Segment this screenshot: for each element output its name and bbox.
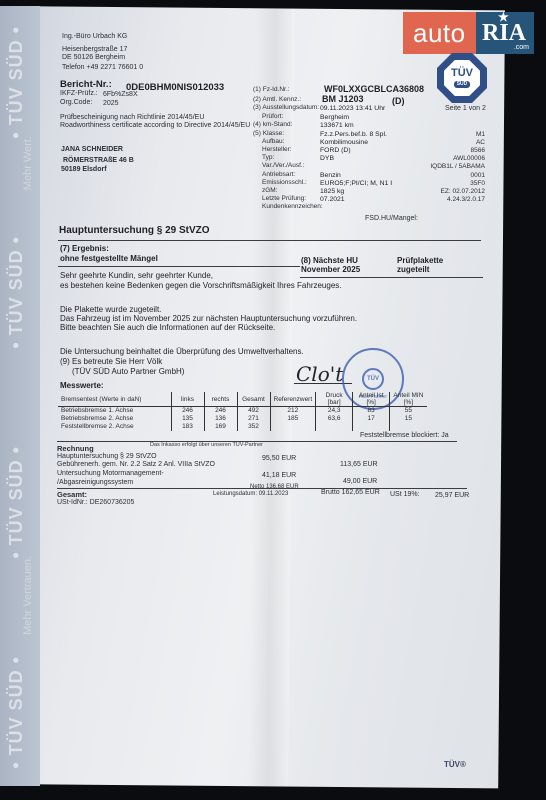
backside-note: Bitte beachten Sie auch die Informatione… [60, 323, 275, 332]
vat-id: USt-IdNr.: DE260736205 [57, 499, 134, 506]
table-cell: 183 [171, 423, 204, 431]
vehicle-field-label: Var./Ver./Ausf.: [262, 162, 305, 169]
vehicle-field-label: Letzte Prüfung: [262, 195, 306, 202]
table-cell: Feststellbremse 2. Achse [58, 423, 171, 431]
vehicle-field-label: zGM: [262, 187, 278, 194]
vehicle-field-value: Kombilimousine [320, 139, 368, 146]
vehicle-field-value: Benzin [320, 172, 341, 179]
sticker-note: Die Plakette wurde zugeteilt. [60, 305, 161, 314]
table-header: Bremsentest (Werte in daN) [58, 392, 171, 407]
vehicle-field-label: Prüfort: [262, 113, 283, 120]
org-code-value: 2025 [103, 100, 119, 107]
vehicle-field-value: 07.2021 [320, 196, 345, 203]
table-cell: Betriebsbremse 2. Achse [58, 415, 171, 423]
vehicle-field-code: M1 [476, 131, 485, 138]
table-row: Feststellbremse 2. Achse183169352 [58, 423, 427, 431]
table-cell: 15 [390, 415, 427, 423]
collection-note: Das Inkasso erfolgt über unseren TÜV-Par… [150, 442, 263, 448]
issuer-phone: Telefon +49 2271 76601 0 [62, 64, 143, 71]
customer-street: RÖMERSTRAßE 46 B [63, 157, 134, 164]
vehicle-field-label: (5) Klasse: [253, 130, 284, 137]
autoria-logo[interactable]: auto ★ RIA .com [403, 12, 534, 54]
vehicle-field-value: Bergheim [320, 114, 349, 121]
invoice-item-2-line2: /Abgasreinigungssystem [57, 479, 133, 486]
vehicle-field-label: Typ: [262, 154, 274, 161]
divider [58, 240, 481, 241]
fsd-label: FSD.HU/Mangel: [365, 215, 418, 222]
tuv-footer-logo: TÜV® [444, 760, 466, 769]
vehicle-field-label: (3) Ausstellungsdatum: [253, 104, 319, 111]
vehicle-field-value: Fz.z.Pers.bef.b. 8 Spl. [320, 131, 387, 138]
result-value: ohne festgestellte Mängel [60, 254, 158, 263]
table-cell [353, 423, 390, 431]
table-row: Betriebsbremse 2. Achse13513627118563,61… [58, 415, 427, 423]
issuer-name: Ing.-Büro Urbach KG [62, 33, 127, 40]
table-header: Referenzwert [270, 392, 316, 407]
vehicle-field-value: DYB [320, 155, 334, 162]
sticker-label: Prüfplakette [397, 256, 443, 265]
invoice-item-2-gross: 49,00 EUR [343, 478, 377, 485]
table-cell: 136 [204, 415, 237, 423]
vehicle-field-label: Antriebsart: [262, 171, 295, 178]
invoice-item-1-line1: Hauptuntersuchung § 29 StVZO [57, 453, 157, 460]
vehicle-field-code: IQDB1L / 5ABAMA [430, 163, 485, 170]
watermark-text: • TÜV SÜD • [6, 236, 36, 349]
autoria-logo-domain: .com [514, 44, 529, 51]
vehicle-field-code: 8566 [471, 147, 485, 154]
vehicle-field-value: FORD (D) [320, 147, 351, 154]
table-header: links [171, 392, 204, 407]
assessment-text: es bestehen keine Bedenken gegen die Vor… [60, 281, 342, 290]
vehicle-field-value: WF0LXXGCBLCA36808 [324, 84, 424, 94]
table-cell: 24,3 [316, 407, 353, 415]
table-cell: 55 [390, 407, 427, 415]
divider [300, 277, 483, 278]
invoice-item-1-gross: 113,65 EUR [340, 461, 378, 468]
vehicle-field-label: (1) Fz-Id.Nr.: [253, 86, 289, 93]
inspection-title: Hauptuntersuchung § 29 StVZO [59, 225, 210, 236]
table-cell: 83 [353, 407, 390, 415]
parking-brake-note: Feststellbremse blockiert: Ja [360, 432, 449, 439]
table-cell [270, 423, 316, 431]
watermark-slogan: Mehr Wert. [22, 136, 34, 190]
table-cell: 246 [204, 407, 237, 415]
table-cell [316, 423, 353, 431]
next-inspection-value: November 2025 [301, 265, 360, 274]
watermark-text: • TÜV SÜD • [6, 656, 36, 769]
watermark-slogan: Mehr Vertrauen. [22, 556, 34, 635]
table-cell: 212 [270, 407, 316, 415]
autoria-logo-left: auto [403, 12, 476, 54]
result-label: (7) Ergebnis: [60, 244, 109, 253]
vehicle-field-value: 133671 km [320, 122, 354, 129]
vehicle-field-label: Aufbau: [262, 138, 284, 145]
total-label: Gesamt: [57, 490, 87, 499]
vehicle-field-value: EURO5;F;PI/CI; M, N1 I [320, 180, 392, 187]
page-indicator: Seite 1 von 2 [445, 105, 486, 112]
vehicle-field-code: AWL00006 [453, 155, 485, 162]
vehicle-field-code: (D) [392, 96, 405, 106]
report-number-label: Bericht-Nr.: [60, 79, 112, 90]
table-cell: 169 [204, 423, 237, 431]
kfz-label: IKFZ-Prüfz.: [60, 90, 98, 97]
table-cell [390, 423, 427, 431]
table-row: Betriebsbremse 1. Achse24624649221224,38… [58, 407, 427, 415]
table-cell: 63,6 [316, 415, 353, 423]
customer-name: JANA SCHNEIDER [61, 146, 123, 153]
next-inspection-label: (8) Nächste HU [301, 256, 358, 265]
invoice-item-1-net: 95,50 EUR [262, 455, 296, 462]
inspector-name: (9) Es betreute Sie Herr Völk [60, 357, 162, 366]
environment-note: Die Untersuchung beinhaltet die Überprüf… [60, 347, 304, 356]
stamp-tuv-icon: TÜV [362, 368, 384, 390]
brutto-total: Brutto 162,65 EUR [321, 489, 380, 496]
table-header: rechts [204, 392, 237, 407]
table-header: Gesamt [237, 392, 270, 407]
watermark-text: • TÜV SÜD • [6, 446, 36, 559]
table-cell: Betriebsbremse 1. Achse [58, 407, 171, 415]
vehicle-field-label: Emissionsschl.: [262, 179, 307, 186]
vehicle-field-code: 0001 [471, 172, 485, 179]
vat-label: USt 19%: [390, 491, 420, 498]
next-due-note: Das Fahrzeug ist im November 2025 zur nä… [60, 314, 357, 323]
table-cell: 246 [171, 407, 204, 415]
netto-total: Netto 136,68 EUR [250, 484, 299, 490]
table-cell: 135 [171, 415, 204, 423]
sticker-value: zugeteilt [397, 265, 429, 274]
service-date: Leistungsdatum: 09.11.2023 [213, 491, 288, 497]
table-cell: 352 [237, 423, 270, 431]
measurements-title: Messwerte: [60, 381, 104, 390]
watermark-text: • TÜV SÜD • [6, 26, 36, 139]
star-icon: ★ [498, 10, 509, 25]
vehicle-field-code: 35F0 [470, 180, 485, 187]
greeting: Sehr geehrte Kundin, sehr geehrter Kunde… [60, 271, 213, 280]
vehicle-field-label: Hersteller: [262, 146, 292, 153]
table-cell: 492 [237, 407, 270, 415]
cert-title-de: Prüfbescheinigung nach Richtlinie 2014/4… [60, 114, 204, 121]
issuer-city: DE 50126 Bergheim [62, 54, 125, 61]
vehicle-field-code: EZ: 02.07.2012 [441, 188, 485, 195]
vat-value: 25,97 EUR [435, 492, 469, 499]
invoice-title: Rechnung [57, 444, 94, 453]
table-cell: 185 [270, 415, 316, 423]
table-header: Anteil Ist [%] [353, 392, 390, 407]
table-header: Anteil MIN [%] [390, 392, 427, 407]
divider [58, 266, 300, 267]
vehicle-field-label: (2) Amtl. Kennz.: [253, 96, 301, 103]
report-number: 0DE0BHM0NIS012033 [126, 82, 224, 93]
invoice-item-2-net: 41,18 EUR [262, 472, 296, 479]
watermark-strip: • TÜV SÜD • • TÜV SÜD • • TÜV SÜD • • TÜ… [0, 6, 40, 786]
autoria-logo-right: ★ RIA .com [476, 12, 534, 54]
vehicle-field-label: Kundenkennzeichen: [262, 203, 323, 210]
vehicle-field-code: AC [476, 139, 485, 146]
vehicle-field-label: (4) km-Stand: [253, 121, 292, 128]
issuer-street: Heisenbergstraße 17 [62, 46, 127, 53]
invoice-item-2-line1: Untersuchung Motormanagement- [57, 470, 164, 477]
tuv-sud-logo-icon: TÜVSÜD [437, 53, 487, 103]
table-cell: 271 [237, 415, 270, 423]
customer-city: 50189 Elsdorf [61, 166, 107, 173]
vehicle-field-code: 4.24.3/2.0.17 [447, 196, 485, 203]
inspector-company: (TÜV SÜD Auto Partner GmbH) [72, 367, 184, 376]
invoice-item-1-line2: Gebührenerh. gem. Nr. 2.2 Satz 2 Anl. VI… [57, 461, 215, 468]
kfz-value: 6Fb%Zs8X [103, 91, 138, 98]
vehicle-field-value: 09.11.2023 13:41 Uhr [320, 105, 385, 112]
cert-title-en: Roadworthiness certificate according to … [60, 122, 250, 129]
vehicle-field-value: 1825 kg [320, 188, 344, 195]
table-header: Druck [bar] [316, 392, 353, 407]
table-cell: 17 [353, 415, 390, 423]
brake-test-table: Bremsentest (Werte in daN)linksrechtsGes… [58, 392, 427, 431]
vehicle-field-value: BM J1203 [322, 94, 364, 104]
org-code-label: Org.Code: [60, 99, 92, 106]
